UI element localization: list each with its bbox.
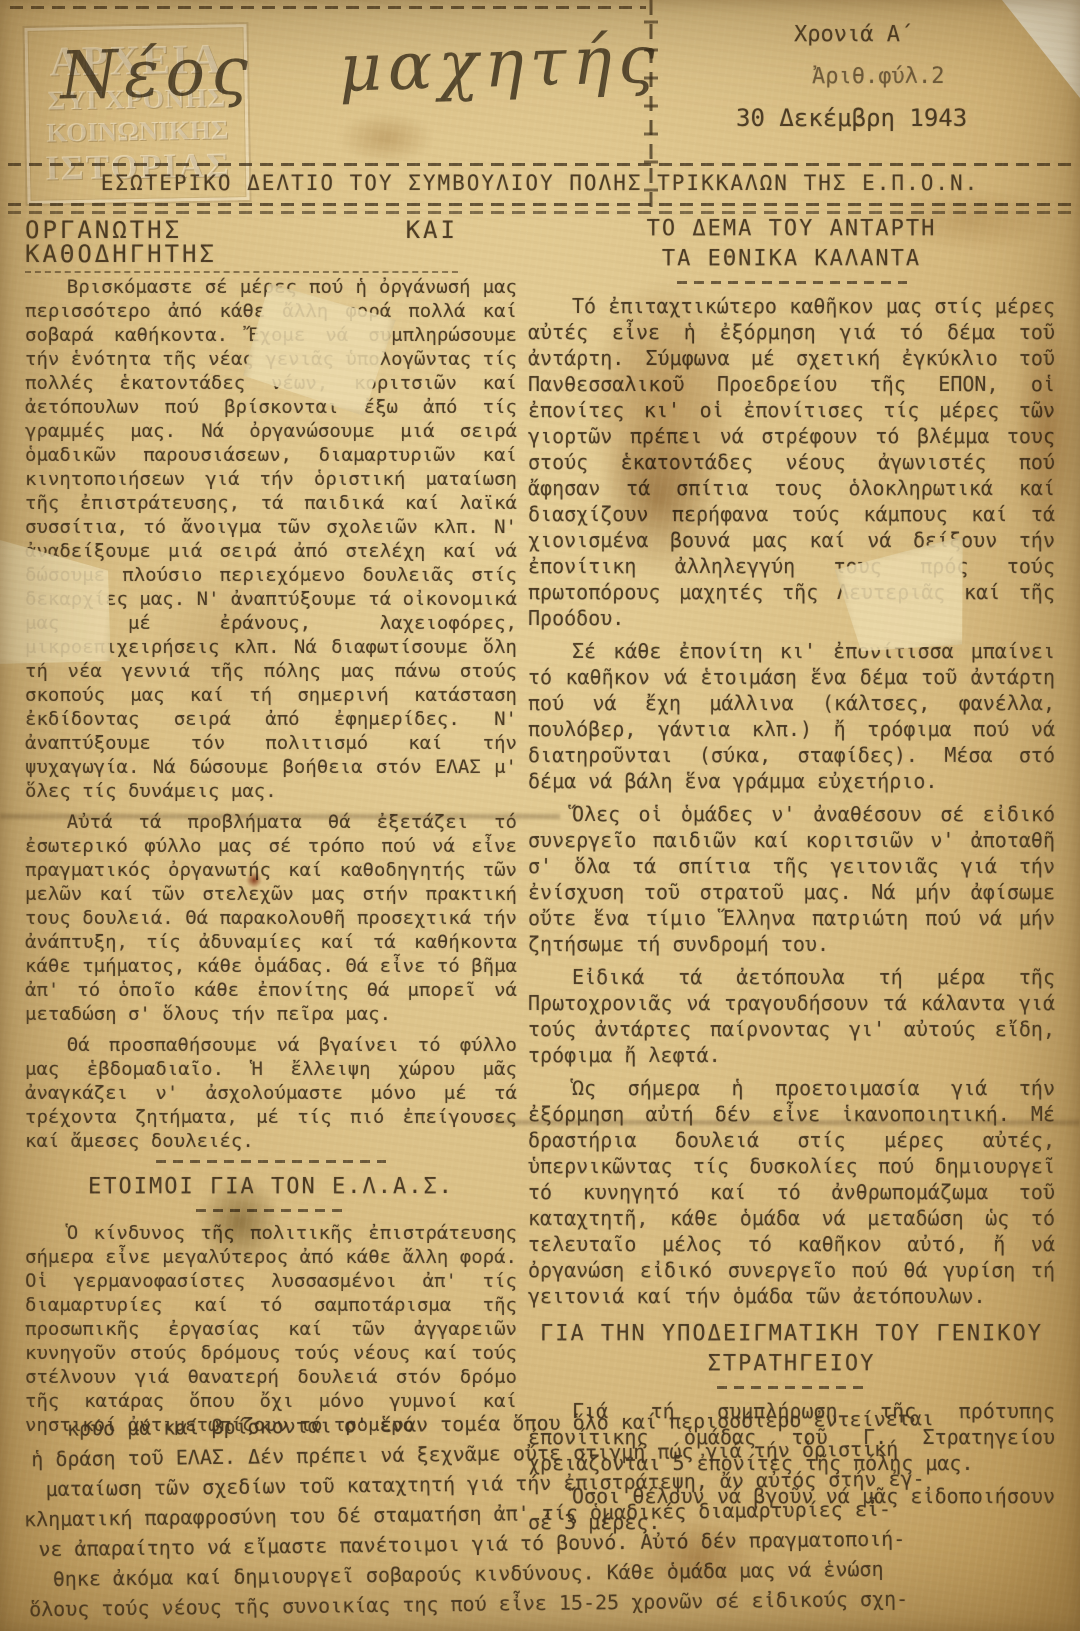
top-dashed-rule [10,6,646,9]
stain-blotch [198,1176,282,1268]
watermark-line: ΚΟΙΝΩΝΙΚΗΣ [35,113,240,149]
stain-blotch [636,1516,760,1598]
paragraph: Ὅλες οἱ ὁμάδες ν' ἀναθέσουν σέ εἰδικό συ… [528,801,1055,957]
paragraph: Θά προσπαθήσουμε νά βγαίνει τό φύλλο μας… [25,1033,517,1153]
masthead-subtitle: ΕΣΩΤΕΡΙΚΟ ΔΕΛΤΙΟ ΤΟΥ ΣΥΜΒΟΥΛΙΟΥ ΠΟΛΗΣ ΤΡ… [0,171,1080,195]
article-heading-hq-line2: ΣΤΡΑΤΗΓΕΙΟΥ [528,1349,1055,1379]
paragraph: Σέ κάθε ἐπονίτη κι' ἐπονίτισσα μπαίνει τ… [528,638,1055,794]
torn-corner [1002,0,1080,98]
issue-number-label: Ἀριθ.φύλ.2 [812,64,944,89]
stain-blotch [150,560,300,730]
paragraph: Ὁ κίνδυνος τῆς πολιτικῆς ἐπιστράτευσης σ… [25,1221,517,1437]
subtitle-rule-top [8,163,1072,166]
article-heading-organizer: ΟΡΓΑΝΩΤΗΣ ΚΑΙ ΚΑΘΟΔΗΓΗΤΗΣ [25,218,458,273]
section-divider [677,281,907,284]
stain-blotch [598,418,718,578]
rust-spot [246,872,262,888]
bottom-text-block: κρύο μά καί βρίσκονται σ' ἕναν τομέα ὅπο… [21,1402,1065,1625]
paragraph: Ὡς σήμερα ἡ προετοιμασία γιά τήν ἐξόρμησ… [528,1075,1055,1309]
scanned-bulletin-page: ΑΡΧΕΙΑ ΣΥΓΧΡΟΝΗΣ ΚΟΙΝΩΝΙΚΗΣ ΙΣΤΟΡΙΑΣ Νέο… [0,0,1080,1631]
left-column: ΟΡΓΑΝΩΤΗΣ ΚΑΙ ΚΑΘΟΔΗΓΗΤΗΣ Βρισκόμαστε σέ… [25,218,517,1444]
paragraph: Αὐτά τά προβλήματα θά ἐξετάζει τό ἐσωτερ… [25,810,517,1026]
paragraph: Εἰδικά τά ἀετόπουλα τή μέρα τῆς Πρωτοχρο… [528,964,1055,1068]
stain-blotch [1014,296,1080,566]
fold-crease [495,1118,1080,1127]
stain-blotch [880,188,1060,252]
stain-blotch [338,112,434,164]
year-label: Χρονιά Α΄ [794,22,913,47]
issue-date: 30 Δεκέμβρη 1943 [736,104,967,132]
article-heading-hq-line1: ΓΙΑ ΤΗΝ ΥΠΟΔΕΙΓΜΑΤΙΚΗ ΤΟΥ ΓΕΝΙΚΟΥ [528,1319,1055,1349]
section-divider [156,1160,386,1163]
section-divider [717,1386,867,1389]
fold-crease [0,812,560,821]
